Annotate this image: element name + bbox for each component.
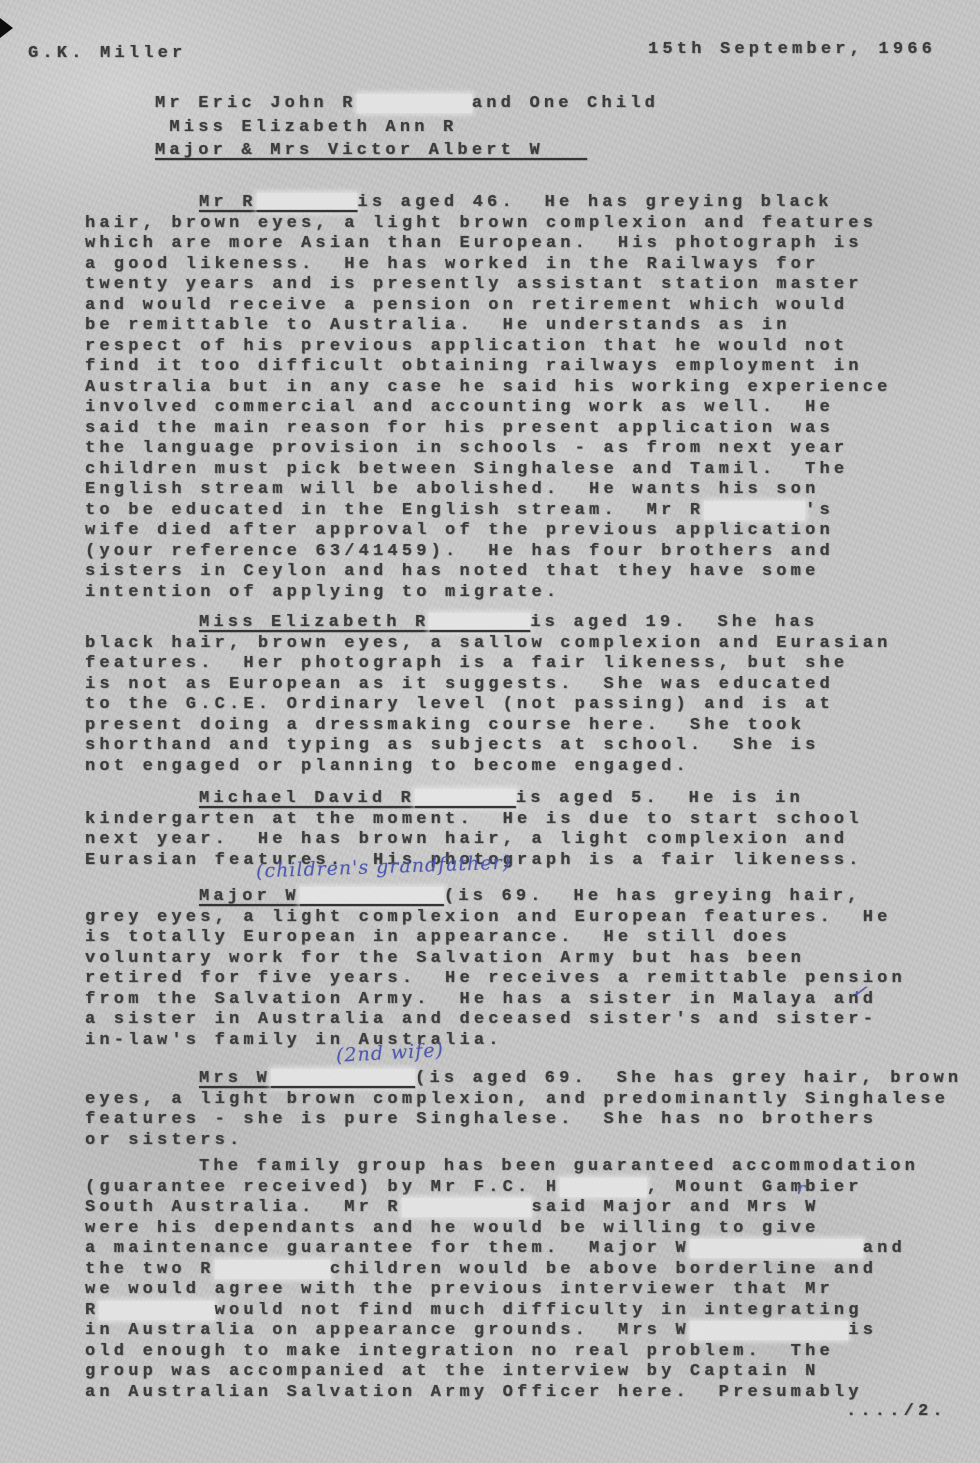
typed-text: (is aged 69. She has grey hair, brown (415, 1069, 962, 1088)
typed-text: a sister in Australia and deceased siste… (85, 1010, 877, 1029)
document-body: Mr R is aged 46. He has greying blackhai… (85, 193, 965, 1403)
typed-text: and (863, 1239, 906, 1258)
text-line: hair, brown eyes, a light brown complexi… (85, 214, 965, 235)
redacted-gap (704, 501, 805, 520)
typed-text: kindergarten at the moment. He is due to… (85, 810, 863, 829)
typed-text: hair, brown eyes, a light brown complexi… (85, 214, 877, 233)
text-line: in Australia on appearance grounds. Mrs … (85, 1321, 965, 1342)
typed-text: and One Child (472, 94, 659, 113)
typed-text: were his dependants and he would be will… (85, 1219, 820, 1238)
typed-text: black hair, brown eyes, a sallow complex… (85, 634, 892, 653)
typed-text: group was accompanied at the interview b… (85, 1362, 820, 1381)
text-line: the language provision in schools - as f… (85, 439, 965, 460)
text-line: R would not find much difficulty in inte… (85, 1301, 965, 1322)
text-line: Michael David R is aged 5. He is in (85, 789, 965, 810)
typed-text: is aged 19. She has (530, 613, 818, 632)
text-line: to be educated in the English stream. Mr… (85, 501, 965, 522)
text-line: be remittable to Australia. He understan… (85, 316, 965, 337)
address-line: Major & Mrs Victor Albert W (155, 139, 659, 163)
redacted-gap (415, 789, 516, 808)
typed-text: 's (805, 501, 834, 520)
text-line: an Australian Salvation Army Officer her… (85, 1383, 965, 1404)
text-line: Miss Elizabeth R is aged 19. She has (85, 613, 965, 634)
text-line: (guarantee received) by Mr F.C. H , Moun… (85, 1178, 965, 1199)
text-line: sisters in Ceylon and has noted that the… (85, 562, 965, 583)
underlined-name: Michael David R (199, 789, 516, 808)
text-line: shorthand and typing as subjects at scho… (85, 736, 965, 757)
text-line: features. Her photograph is a fair liken… (85, 654, 965, 675)
typed-text: Major W (199, 887, 300, 906)
underlined-name: Mrs W (199, 1069, 415, 1088)
typed-text: is aged 5. He is in (516, 789, 804, 808)
address-block: Mr Eric John R and One Child Miss Elizab… (155, 92, 659, 163)
typed-text: a maintenance guarantee for them. Major … (85, 1239, 690, 1258)
text-line: South Australia. Mr R said Major and Mrs… (85, 1198, 965, 1219)
page-number-footer: ..../2. (846, 1402, 947, 1421)
text-line: Australia but in any case he said his wo… (85, 378, 965, 399)
typed-text: eyes, a light brown complexion, and pred… (85, 1090, 949, 1109)
document-date: 15th September, 1966 (648, 40, 936, 59)
typed-text: from the Salvation Army. He has a sister… (85, 990, 877, 1009)
document-page: { "page": { "author": "G.K. Miller", "da… (0, 0, 980, 1463)
text-line: retired for five years. He receives a re… (85, 969, 965, 990)
redacted-gap (215, 1260, 330, 1279)
text-line: is not as European as it suggests. She w… (85, 675, 965, 696)
typed-text: shorthand and typing as subjects at scho… (85, 736, 820, 755)
underlined-name: Major & Mrs Victor Albert W (155, 141, 587, 160)
text-line: the two R children would be above border… (85, 1260, 965, 1281)
tick-mark: ✓ (851, 980, 870, 1003)
paragraph: Miss Elizabeth R is aged 19. She hasblac… (85, 613, 965, 777)
address-line: Mr Eric John R and One Child (155, 92, 659, 116)
typed-text: , Mount Gambier (647, 1178, 863, 1197)
typed-text: intention of applying to migrate. (85, 583, 560, 602)
typed-text: is not as European as it suggests. She w… (85, 675, 834, 694)
text-line: old enough to make integration no real p… (85, 1342, 965, 1363)
typed-text: which are more Asian than European. His … (85, 234, 863, 253)
redacted-gap (402, 1198, 532, 1217)
typed-text: Major & Mrs Victor Albert W (155, 141, 587, 160)
typed-text: The family group has been guaranteed acc… (199, 1157, 919, 1176)
underlined-name: Major W (199, 887, 444, 906)
typed-text: old enough to make integration no real p… (85, 1342, 834, 1361)
paragraph: Michael David R is aged 5. He is inkinde… (85, 789, 965, 871)
typed-text: R (85, 1301, 99, 1320)
typed-text: the two R (85, 1260, 215, 1279)
redacted-gap (560, 1178, 646, 1197)
text-line: from the Salvation Army. He has a sister… (85, 990, 965, 1011)
typed-text: would not find much difficulty in integr… (215, 1301, 863, 1320)
text-line: black hair, brown eyes, a sallow complex… (85, 634, 965, 655)
address-line: Miss Elizabeth Ann R (155, 116, 659, 140)
typed-text: said the main reason for his present app… (85, 419, 834, 438)
text-line: wife died after approval of the previous… (85, 521, 965, 542)
text-line: and would receive a pension on retiremen… (85, 296, 965, 317)
text-line: eyes, a light brown complexion, and pred… (85, 1090, 965, 1111)
typed-text: not engaged or planning to become engage… (85, 757, 690, 776)
text-line: The family group has been guaranteed acc… (85, 1157, 965, 1178)
typed-text: Miss Elizabeth R (199, 613, 429, 632)
page-edge-mark (0, 18, 13, 38)
text-line: were his dependants and he would be will… (85, 1219, 965, 1240)
redacted-gap (690, 1239, 863, 1258)
typed-text: features - she is pure Singhalese. She h… (85, 1110, 877, 1129)
text-line: voluntary work for the Salvation Army bu… (85, 949, 965, 970)
text-line: Mr R is aged 46. He has greying black (85, 193, 965, 214)
ink-flourish: r (796, 1179, 807, 1200)
typed-text: grey eyes, a light complexion and Europe… (85, 908, 892, 927)
typed-text: and would receive a pension on retiremen… (85, 296, 848, 315)
typed-text: South Australia. Mr R (85, 1198, 402, 1217)
typed-text: sisters in Ceylon and has noted that the… (85, 562, 820, 581)
text-line: present doing a dressmaking course here.… (85, 716, 965, 737)
text-line: children must pick between Singhalese an… (85, 460, 965, 481)
typed-text: retired for five years. He receives a re… (85, 969, 906, 988)
text-line: grey eyes, a light complexion and Europe… (85, 908, 965, 929)
typed-text: to be educated in the English stream. Mr… (85, 501, 704, 520)
text-line: a good likeness. He has worked in the Ra… (85, 255, 965, 276)
typed-text: is aged 46. He has greying black (357, 193, 832, 212)
typed-text: to the G.C.E. Ordinary level (not passin… (85, 695, 834, 714)
typed-text: Mr R (199, 193, 257, 212)
typed-text: wife died after approval of the previous… (85, 521, 834, 540)
text-line: (your reference 63/41459). He has four b… (85, 542, 965, 563)
text-line: respect of his previous application that… (85, 337, 965, 358)
typed-text: we would agree with the previous intervi… (85, 1280, 834, 1299)
redacted-gap (257, 193, 358, 212)
typed-text: Mrs W (199, 1069, 271, 1088)
redacted-gap (271, 1069, 415, 1088)
typed-text: English stream will be abolished. He wan… (85, 480, 820, 499)
typed-text: the language provision in schools - as f… (85, 439, 848, 458)
typed-text: present doing a dressmaking course here.… (85, 716, 805, 735)
text-line: intention of applying to migrate. (85, 583, 965, 604)
typed-text: Australia but in any case he said his wo… (85, 378, 892, 397)
typed-text: next year. He has brown hair, a light co… (85, 830, 848, 849)
author-name: G.K. Miller (28, 44, 186, 63)
typed-text: children must pick between Singhalese an… (85, 460, 848, 479)
typed-text: (guarantee received) by Mr F.C. H (85, 1178, 560, 1197)
text-line: find it too difficult obtaining railways… (85, 357, 965, 378)
text-line: a maintenance guarantee for them. Major … (85, 1239, 965, 1260)
typed-text: be remittable to Australia. He understan… (85, 316, 791, 335)
text-line: a sister in Australia and deceased siste… (85, 1010, 965, 1031)
redacted-gap (99, 1301, 214, 1320)
redacted-gap (357, 94, 472, 113)
typed-text: an Australian Salvation Army Officer her… (85, 1383, 863, 1402)
text-line: features - she is pure Singhalese. She h… (85, 1110, 965, 1131)
typed-text: is totally European in appearance. He st… (85, 928, 791, 947)
typed-text: Mr Eric John R (155, 94, 357, 113)
paragraph: Major W (is 69. He has greying hair,grey… (85, 887, 965, 1051)
text-line: not engaged or planning to become engage… (85, 757, 965, 778)
redacted-gap (690, 1321, 848, 1340)
typed-text: twenty years and is presently assistant … (85, 275, 863, 294)
text-line: group was accompanied at the interview b… (85, 1362, 965, 1383)
typed-text: (your reference 63/41459). He has four b… (85, 542, 834, 561)
text-line: to the G.C.E. Ordinary level (not passin… (85, 695, 965, 716)
redacted-gap (300, 887, 444, 906)
text-line: said the main reason for his present app… (85, 419, 965, 440)
typed-text: Miss Elizabeth Ann R (155, 118, 457, 137)
typed-text: find it too difficult obtaining railways… (85, 357, 863, 376)
paragraph: Mrs W (is aged 69. She has grey hair, br… (85, 1069, 965, 1151)
redacted-gap (429, 613, 530, 632)
paragraph: The family group has been guaranteed acc… (85, 1157, 965, 1403)
text-line: Eurasian features. His photograph is a f… (85, 851, 965, 872)
text-line: next year. He has brown hair, a light co… (85, 830, 965, 851)
text-line: which are more Asian than European. His … (85, 234, 965, 255)
text-line: involved commercial and accounting work … (85, 398, 965, 419)
typed-text: features. Her photograph is a fair liken… (85, 654, 848, 673)
typed-text: respect of his previous application that… (85, 337, 848, 356)
text-line: or sisters. (85, 1131, 965, 1152)
text-line: Major W (is 69. He has greying hair, (85, 887, 965, 908)
typed-text: involved commercial and accounting work … (85, 398, 834, 417)
text-line: kindergarten at the moment. He is due to… (85, 810, 965, 831)
text-line: is totally European in appearance. He st… (85, 928, 965, 949)
text-line: twenty years and is presently assistant … (85, 275, 965, 296)
text-line: Mrs W (is aged 69. She has grey hair, br… (85, 1069, 965, 1090)
typed-text: said Major and Mrs W (531, 1198, 819, 1217)
typed-text: is (848, 1321, 877, 1340)
typed-text: a good likeness. He has worked in the Ra… (85, 255, 820, 274)
typed-text: (is 69. He has greying hair, (444, 887, 862, 906)
text-line: we would agree with the previous intervi… (85, 1280, 965, 1301)
text-line: in-law's family in Australia. (85, 1031, 965, 1052)
text-line: English stream will be abolished. He wan… (85, 480, 965, 501)
underlined-name: Miss Elizabeth R (199, 613, 530, 632)
typed-text: voluntary work for the Salvation Army bu… (85, 949, 805, 968)
typed-text: in Australia on appearance grounds. Mrs … (85, 1321, 690, 1340)
typed-text: Michael David R (199, 789, 415, 808)
typed-text: or sisters. (85, 1131, 243, 1150)
typed-text: children would be above borderline and (330, 1260, 877, 1279)
underlined-name: Mr R (199, 193, 357, 212)
paragraph: Mr R is aged 46. He has greying blackhai… (85, 193, 965, 603)
